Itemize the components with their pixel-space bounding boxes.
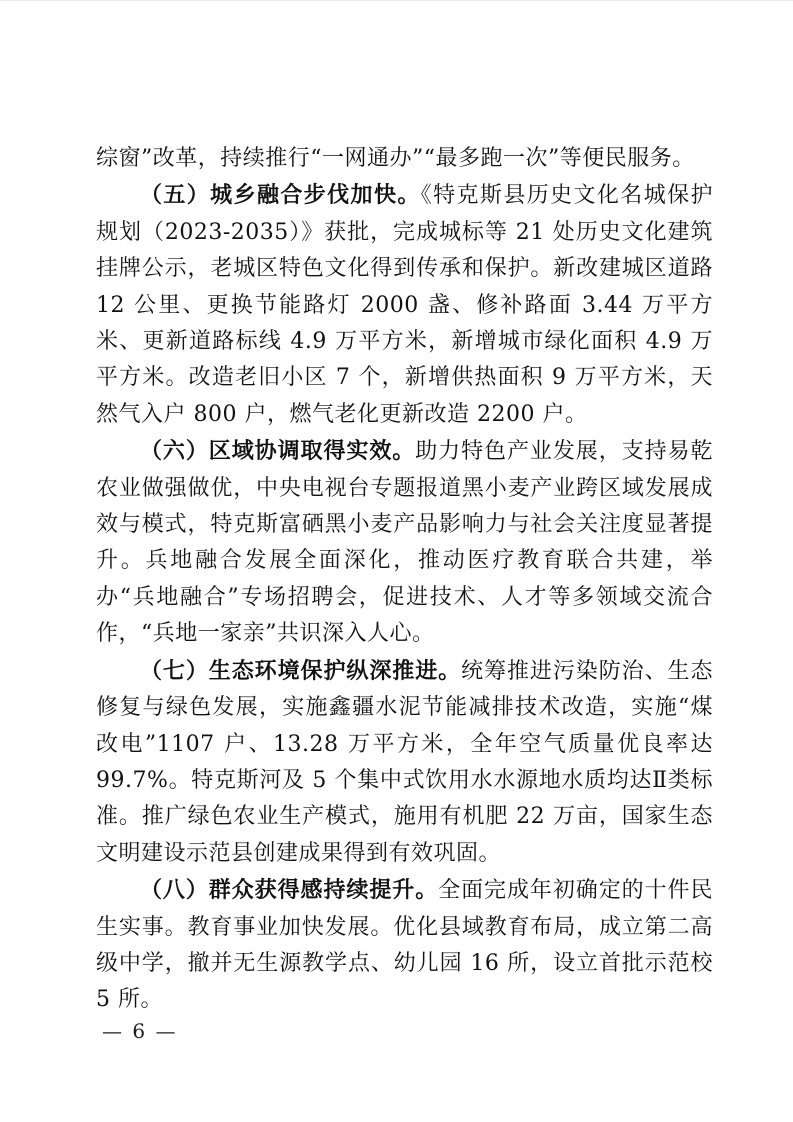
paragraph-continuation: 综窗”改革，持续推行“一网通办”“最多跑一次”等便民服务。 [96, 141, 713, 177]
section-heading-8: （八）群众获得感持续提升。 [140, 877, 438, 903]
paragraph-section-6: （六）区域协调取得实效。助力特色产业发展，支持易乾农业做强做优，中央电视台专题报… [96, 433, 713, 652]
section-heading-5: （五）城乡融合步伐加快。 [140, 182, 421, 208]
section-heading-6: （六）区域协调取得实效。 [140, 438, 415, 464]
page-footer: — 6 — [102, 1019, 177, 1043]
paragraph-section-8: （八）群众获得感持续提升。全面完成年初确定的十件民生实事。教育事业加快发展。优化… [96, 872, 713, 1019]
paragraph-section-7: （七）生态环境保护纵深推进。统筹推进污染防治、生态修复与绿色发展，实施鑫疆水泥节… [96, 653, 713, 872]
paragraph-section-5: （五）城乡融合步伐加快。《特克斯县历史文化名城保护规划（2023-2035）》获… [96, 177, 713, 433]
paragraph-text: 综窗”改革，持续推行“一网通办”“最多跑一次”等便民服务。 [96, 146, 695, 171]
document-body: 综窗”改革，持续推行“一网通办”“最多跑一次”等便民服务。 （五）城乡融合步伐加… [96, 141, 713, 1019]
section-heading-7: （七）生态环境保护纵深推进。 [140, 658, 461, 684]
paragraph-text: 统筹推进污染防治、生态修复与绿色发展，实施鑫疆水泥节能减排技术改造，实施“煤改电… [96, 659, 713, 866]
paragraph-text: 助力特色产业发展，支持易乾农业做强做优，中央电视台专题报道黑小麦产业跨区域发展成… [96, 439, 713, 646]
document-page: 综窗”改革，持续推行“一网通办”“最多跑一次”等便民服务。 （五）城乡融合步伐加… [0, 0, 793, 1122]
paragraph-text: 《特克斯县历史文化名城保护规划（2023-2035）》获批，完成城标等 21 处… [96, 183, 713, 426]
page-number: — 6 — [102, 1019, 177, 1043]
